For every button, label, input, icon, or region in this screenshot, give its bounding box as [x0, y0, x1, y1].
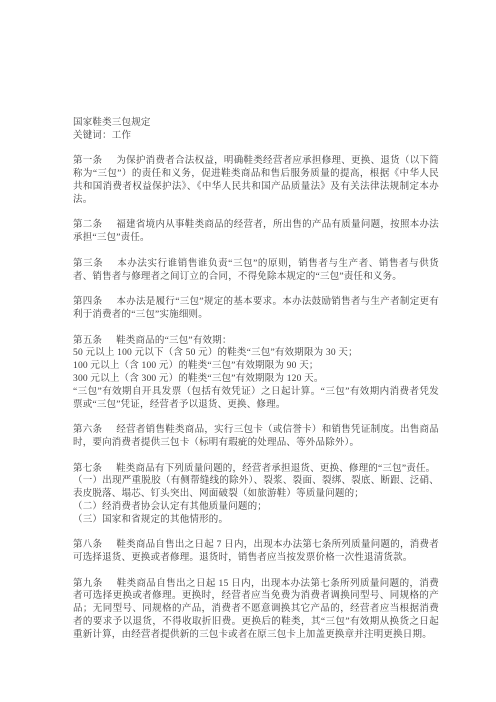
- article-first-line: 第一条为保护消费者合法权益，明确鞋类经营者应承担修理、更换、退货（以下简称为“三…: [73, 155, 439, 206]
- article-number: 第八条: [73, 540, 102, 550]
- article-first-line: 第八条鞋类商品自售出之日起 7 日内，出现本办法第七条所列质量问题的，消费者可选…: [73, 539, 439, 565]
- article-number: 第七条: [73, 464, 102, 474]
- article-paragraph: 第九条鞋类商品自售出之日起 15 日内，出现本办法第七条所列质量问题的，消费者可…: [73, 578, 439, 642]
- document-page: { "page": { "background_color": "#ffffff…: [0, 0, 496, 702]
- article-number: 第一条: [73, 156, 102, 166]
- article-paragraph: 第四条本办法是履行“三包”规定的基本要求。本办法鼓励销售者与生产者制定更有利于消…: [73, 296, 439, 322]
- document-title: 国家鞋类三包规定: [73, 117, 439, 130]
- article-number: 第二条: [73, 220, 102, 230]
- article-paragraph: 第七条鞋类商品有下列质量问题的，经营者承担退货、更换、修理的“三包”责任。（一）…: [73, 463, 439, 527]
- article-paragraph: 第二条福建省境内从事鞋类商品的经营者，所出售的产品有质量问题，按照本办法承担“三…: [73, 219, 439, 245]
- article-line: 300 元以上（含 300 元）的鞋类“三包”有效期限为 120 天。: [73, 373, 439, 386]
- article-line: （三）国家和省规定的其他情形的。: [73, 514, 439, 527]
- document-keywords: 关键词：工作: [73, 130, 439, 143]
- article-first-line: 第五条鞋类商品的“三包”有效期：: [73, 335, 439, 348]
- article-paragraph: 第五条鞋类商品的“三包”有效期：50 元以上 100 元以下（含 50 元）的鞋…: [73, 335, 439, 412]
- document-header: 国家鞋类三包规定 关键词：工作: [73, 117, 439, 143]
- article-number: 第四条: [73, 297, 102, 307]
- article-number: 第六条: [73, 425, 102, 435]
- article-paragraph: 第八条鞋类商品自售出之日起 7 日内，出现本办法第七条所列质量问题的，消费者可选…: [73, 539, 439, 565]
- article-first-line: 第七条鞋类商品有下列质量问题的，经营者承担退货、更换、修理的“三包”责任。: [73, 463, 439, 476]
- article-paragraph: 第六条经营者销售鞋类商品，实行三包卡（或信誉卡）和销售凭证制度。出售商品时，要向…: [73, 424, 439, 450]
- article-line: “三包”有效期自开具发票（包括有效凭证）之日起计算。“三包”有效期内消费者凭发票…: [73, 386, 439, 412]
- article-paragraph: 第三条本办法实行谁销售谁负责“三包”的原则，销售者与生产者、销售者与供货者、销售…: [73, 258, 439, 284]
- article-first-line: 第九条鞋类商品自售出之日起 15 日内，出现本办法第七条所列质量问题的，消费者可…: [73, 578, 439, 642]
- article-number: 第三条: [73, 259, 103, 269]
- article-line: 100 元以上（含 100 元）的鞋类“三包”有效期限为 90 天；: [73, 360, 439, 373]
- article-list: 第一条为保护消费者合法权益，明确鞋类经营者应承担修理、更换、退货（以下简称为“三…: [73, 155, 439, 641]
- article-number: 第五条: [73, 336, 102, 346]
- article-paragraph: 第一条为保护消费者合法权益，明确鞋类经营者应承担修理、更换、退货（以下简称为“三…: [73, 155, 439, 206]
- article-line: （一）出现严重脱胶（有侧帮缝线的除外）、裂浆、裂面、裂绑、裂底、断跟、泛硝、表皮…: [73, 475, 439, 501]
- document-body: 国家鞋类三包规定 关键词：工作 第一条为保护消费者合法权益，明确鞋类经营者应承担…: [73, 117, 439, 642]
- article-line: 50 元以上 100 元以下（含 50 元）的鞋类“三包”有效期限为 30 天；: [73, 347, 439, 360]
- article-first-line: 第四条本办法是履行“三包”规定的基本要求。本办法鼓励销售者与生产者制定更有利于消…: [73, 296, 439, 322]
- article-first-line: 第三条本办法实行谁销售谁负责“三包”的原则，销售者与生产者、销售者与供货者、销售…: [73, 258, 439, 284]
- article-number: 第九条: [73, 579, 103, 589]
- article-first-line: 第二条福建省境内从事鞋类商品的经营者，所出售的产品有质量问题，按照本办法承担“三…: [73, 219, 439, 245]
- article-line: （二）经消费者协会认定有其他质量问题的；: [73, 501, 439, 514]
- article-first-line: 第六条经营者销售鞋类商品，实行三包卡（或信誉卡）和销售凭证制度。出售商品时，要向…: [73, 424, 439, 450]
